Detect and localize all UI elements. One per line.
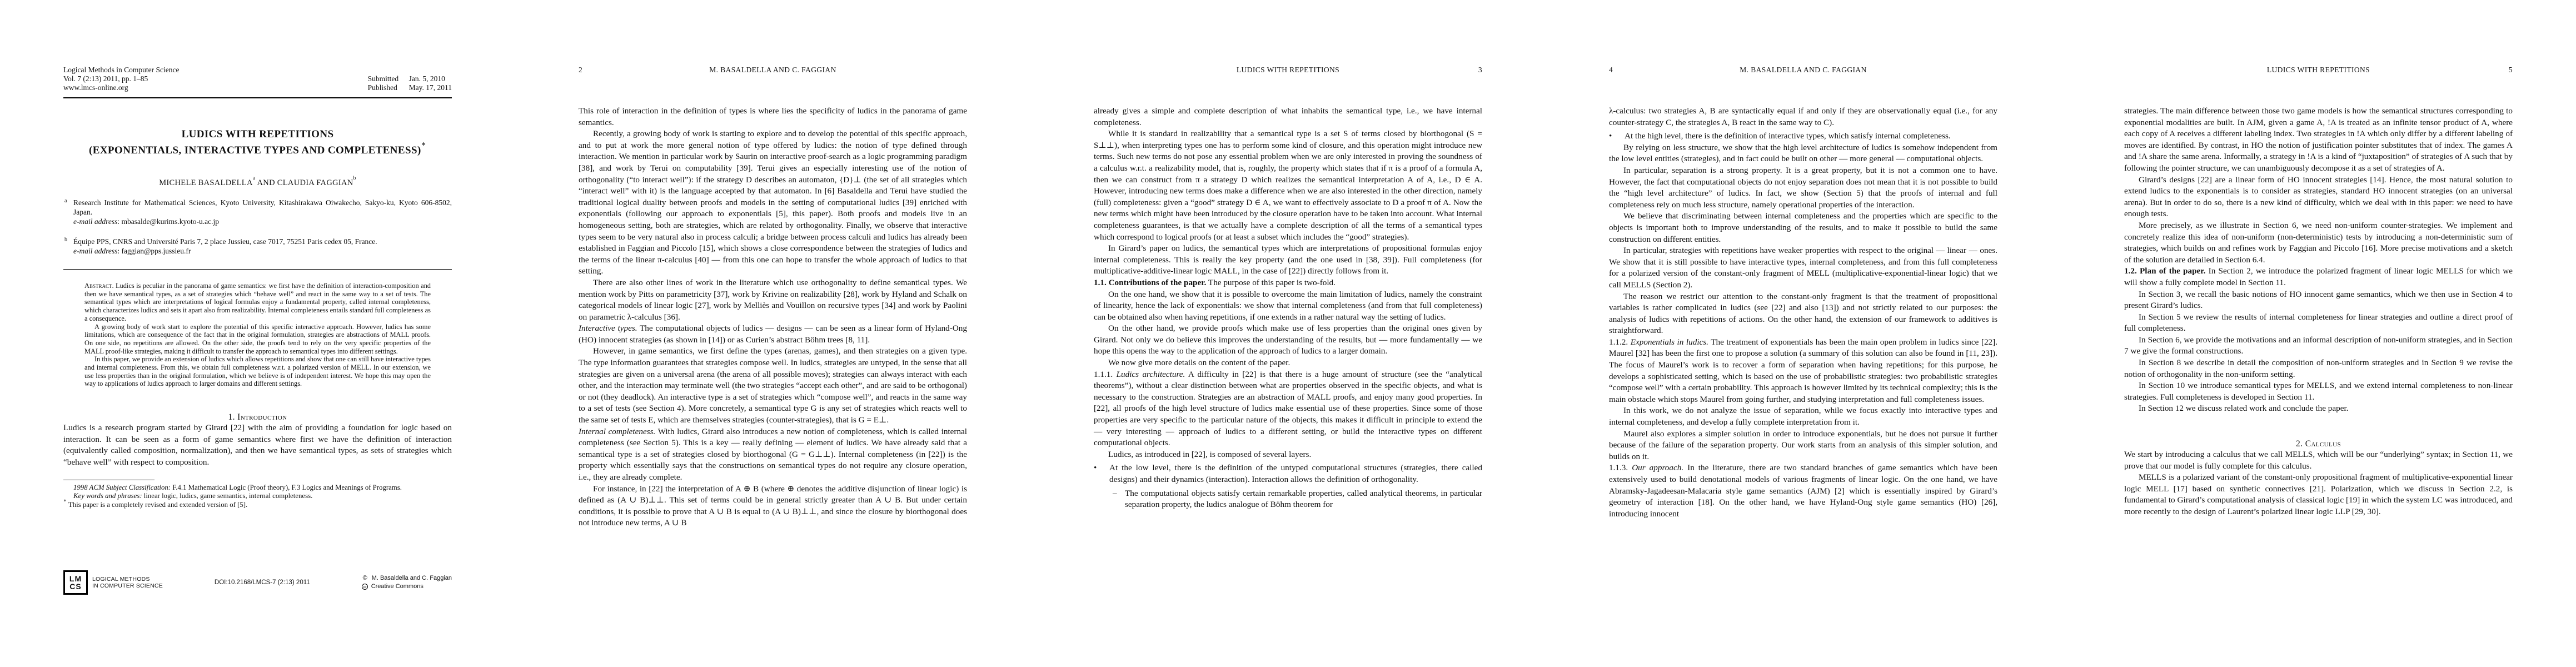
dash-item-analytical-theorems: – The computational objects satisfy cert… xyxy=(1094,488,1482,511)
running-title: M. BASALDELLA AND C. FAGGIAN xyxy=(1648,66,1959,74)
subsubsection-1-1-1: 1.1.1. Ludics architecture. A difficulty… xyxy=(1094,369,1482,449)
journal-name: Logical Methods in Computer Science xyxy=(63,66,263,74)
running-head-page-5: LUDICS WITH REPETITIONS 5 xyxy=(2124,66,2513,74)
page-4-body: λ-calculus: two strategies A, B are synt… xyxy=(1609,106,1997,520)
header-rule xyxy=(63,97,452,98)
paragraph: In Girard’s paper on ludics, the semanti… xyxy=(1094,243,1482,277)
creative-commons-icon: cc xyxy=(362,584,368,590)
journal-info: Logical Methods in Computer Science Vol.… xyxy=(63,66,263,92)
affiliation-b-text: Équipe PPS, CNRS and Université Paris 7,… xyxy=(73,237,377,246)
affiliation-a-email-line: e-mail address: mbasalde@kurims.kyoto-u.… xyxy=(73,217,452,226)
paragraph: This role of interaction in the definiti… xyxy=(579,106,967,128)
footnote-star: ∗ This paper is a completely revised and… xyxy=(63,501,452,510)
lmcs-logo-text: LOGICAL METHODS IN COMPUTER SCIENCE xyxy=(92,576,163,589)
paragraph: The reason we restrict our attention to … xyxy=(1609,291,1997,337)
affiliation-b-email-line: e-mail address: faggian@pps.jussieu.fr xyxy=(73,246,452,256)
paragraph: Recently, a growing body of work is star… xyxy=(579,128,967,277)
paragraph: While it is standard in realizability th… xyxy=(1094,128,1482,243)
bullet-item-high-level: • At the high level, there is the defini… xyxy=(1609,131,1997,142)
dash-marker: – xyxy=(1113,488,1125,511)
journal-volume: Vol. 7 (2:13) 2011, pp. 1–85 xyxy=(63,74,263,83)
journal-url: www.lmcs-online.org xyxy=(63,83,263,92)
bullet-marker: • xyxy=(1609,131,1625,142)
paragraph: In this work, we do not analyze the issu… xyxy=(1609,405,1997,428)
journal-header: Logical Methods in Computer Science Vol.… xyxy=(63,66,452,92)
paragraph: In particular, strategies with repetitio… xyxy=(1609,245,1997,291)
paragraph: MELLS is a polarized variant of the cons… xyxy=(2124,472,2513,517)
title-line-1: LUDICS WITH REPETITIONS xyxy=(63,126,452,142)
copyright-icon: © xyxy=(362,574,368,583)
interactive-types-paragraph: Interactive types. The computational obj… xyxy=(579,323,967,346)
plan-item: In Section 8 we describe in detail the c… xyxy=(2124,357,2513,380)
section-2-heading: 2. Calculus xyxy=(2124,439,2513,449)
title-line-2: (EXPONENTIALS, INTERACTIVE TYPES AND COM… xyxy=(63,142,452,158)
page-number: 5 xyxy=(2474,66,2513,74)
submitted-label: Submitted xyxy=(368,74,409,83)
creative-commons-label: Creative Commons xyxy=(371,583,423,591)
page-number: 4 xyxy=(1609,66,1648,74)
abstract-rule xyxy=(63,269,452,270)
page-1: Logical Methods in Computer Science Vol.… xyxy=(0,0,515,667)
paper-spread: Logical Methods in Computer Science Vol.… xyxy=(0,0,2576,667)
running-title: LUDICS WITH REPETITIONS xyxy=(2163,66,2474,74)
plan-item: In Section 12 we discuss related work an… xyxy=(2124,403,2513,415)
section-1-heading: 1. Introduction xyxy=(63,412,452,422)
subsubsection-1-1-2: 1.1.2. Exponentials in ludics. The treat… xyxy=(1609,337,1997,406)
page-2: 2 M. BASALDELLA AND C. FAGGIAN This role… xyxy=(515,0,1030,667)
paper-title: LUDICS WITH REPETITIONS (EXPONENTIALS, I… xyxy=(63,126,452,158)
abstract-paragraph-1: Abstract. Ludics is peculiar in the pano… xyxy=(84,282,431,323)
title-footnote-star: ∗ xyxy=(421,140,426,148)
affiliation-a-mark: a xyxy=(64,196,67,206)
page-4: 4 M. BASALDELLA AND C. FAGGIAN λ-calculu… xyxy=(1546,0,2061,667)
abstract-paragraph-3: In this paper, we provide an extension o… xyxy=(84,355,431,388)
plan-item: In Section 3, we recall the basic notion… xyxy=(2124,289,2513,312)
published-label: Published xyxy=(368,83,409,92)
copyright-holders: M. Basaldella and C. Faggian xyxy=(372,574,452,583)
page-number: 2 xyxy=(579,66,617,74)
dash-item-continuation: λ-calculus: two strategies A, B are synt… xyxy=(1609,106,1997,128)
paragraph: By relying on less structure, we show th… xyxy=(1609,142,1997,165)
affiliation-b: b Équipe PPS, CNRS and Université Paris … xyxy=(63,237,452,256)
paragraph: Girard’s designs [22] are a linear form … xyxy=(2124,175,2513,220)
footnote-keywords: Key words and phrases: linear logic, lud… xyxy=(63,492,452,501)
page-2-body: This role of interaction in the definiti… xyxy=(579,106,967,529)
subsubsection-1-1-3: 1.1.3. Our approach. In the literature, … xyxy=(1609,462,1997,520)
paragraph: However, in game semantics, we first def… xyxy=(579,346,967,426)
abstract-label: Abstract. xyxy=(84,282,114,290)
lmcs-logo-block: LM CS LOGICAL METHODS IN COMPUTER SCIENC… xyxy=(63,570,163,595)
running-head-page-2: 2 M. BASALDELLA AND C. FAGGIAN xyxy=(579,66,967,74)
bullet-marker: • xyxy=(1094,462,1109,485)
email-address-a: : mbasalde@kurims.kyoto-u.ac.jp xyxy=(117,217,219,226)
running-head-left xyxy=(1094,66,1133,74)
paragraph: In particular, separation is a strong pr… xyxy=(1609,165,1997,211)
published-date: May. 17, 2011 xyxy=(409,83,452,92)
paragraph: On the one hand, we show that it is poss… xyxy=(1094,289,1482,323)
running-title: M. BASALDELLA AND C. FAGGIAN xyxy=(617,66,928,74)
affiliation-a-text: Research Institute for Mathematical Scie… xyxy=(73,198,452,216)
author-2-affiliation-mark: b xyxy=(353,175,356,181)
page-1-footer: LM CS LOGICAL METHODS IN COMPUTER SCIENC… xyxy=(63,570,452,595)
paragraph: Ludics, as introduced in [22], is compos… xyxy=(1094,449,1482,461)
paragraph: already gives a simple and complete desc… xyxy=(1094,106,1482,128)
authors-line: MICHELE BASALDELLAa AND CLAUDIA FAGGIANb xyxy=(63,178,452,188)
footnote-acm: 1998 ACM Subject Classification: F.4.1 M… xyxy=(63,484,452,492)
license-block: ©M. Basaldella and C. Faggian ccCreative… xyxy=(362,574,452,591)
paragraph: For instance, in [22] the interpretation… xyxy=(579,484,967,529)
page-5: LUDICS WITH REPETITIONS 5 strategies. Th… xyxy=(2061,0,2576,667)
plan-item: In Section 10 we introduce semantical ty… xyxy=(2124,380,2513,403)
author-1-affiliation-mark: a xyxy=(253,175,256,181)
abstract-paragraph-2: A growing body of work start to explore … xyxy=(84,323,431,356)
subsection-1-1: 1.1. Contributions of the paper. The pur… xyxy=(1094,277,1482,289)
email-address-b: : faggian@pps.jussieu.fr xyxy=(117,247,191,255)
affiliation-b-mark: b xyxy=(64,235,67,245)
authors-and: AND xyxy=(257,178,275,187)
abstract: Abstract. Ludics is peculiar in the pano… xyxy=(84,282,431,388)
running-head-page-4: 4 M. BASALDELLA AND C. FAGGIAN xyxy=(1609,66,1997,74)
subsection-1-2-plan: 1.2. Plan of the paper. In Section 2, we… xyxy=(2124,266,2513,288)
running-title: LUDICS WITH REPETITIONS xyxy=(1133,66,1443,74)
page-number: 3 xyxy=(1443,66,1482,74)
running-head-page-3: LUDICS WITH REPETITIONS 3 xyxy=(1094,66,1482,74)
running-head-left xyxy=(2124,66,2163,74)
paragraph: More precisely, as we illustrate in Sect… xyxy=(2124,220,2513,266)
paragraph: We start by introducing a calculus that … xyxy=(2124,449,2513,472)
intro-paragraph: Ludics is a research program started by … xyxy=(63,422,452,468)
paragraph: We now give more details on the content … xyxy=(1094,357,1482,369)
page-5-body: strategies. The main difference between … xyxy=(2124,106,2513,518)
paragraph: Maurel also explores a simpler solution … xyxy=(1609,429,1997,463)
plan-item: In Section 6, we provide the motivations… xyxy=(2124,335,2513,357)
page-3: LUDICS WITH REPETITIONS 3 already gives … xyxy=(1030,0,1546,667)
lmcs-logo-icon: LM CS xyxy=(63,570,88,595)
author-1: MICHELE BASALDELLA xyxy=(159,178,253,187)
paragraph: There are also other lines of work in th… xyxy=(579,277,967,323)
paragraph: strategies. The main difference between … xyxy=(2124,106,2513,175)
running-head-right xyxy=(928,66,967,74)
bullet-item-low-level: • At the low level, there is the definit… xyxy=(1094,462,1482,485)
running-head-right xyxy=(1959,66,1997,74)
email-label-a: e-mail address xyxy=(73,217,117,226)
doi-line: DOI:10.2168/LMCS-7 (2:13) 2011 xyxy=(163,579,362,586)
paragraph: On the other hand, we provide proofs whi… xyxy=(1094,323,1482,357)
paragraph: We believe that discriminating between i… xyxy=(1609,211,1997,245)
footnote-rule xyxy=(63,480,155,480)
affiliation-a: a Research Institute for Mathematical Sc… xyxy=(63,198,452,227)
page-3-body: already gives a simple and complete desc… xyxy=(1094,106,1482,511)
submitted-date: Jan. 5, 2010 xyxy=(409,74,445,83)
email-label-b: e-mail address xyxy=(73,247,117,255)
plan-item: In Section 5 we review the results of in… xyxy=(2124,312,2513,335)
author-2: CLAUDIA FAGGIAN xyxy=(277,178,353,187)
internal-completeness-paragraph: Internal completeness. With ludics, Gira… xyxy=(579,426,967,484)
submission-dates: SubmittedJan. 5, 2010 PublishedMay. 17, … xyxy=(368,74,452,92)
